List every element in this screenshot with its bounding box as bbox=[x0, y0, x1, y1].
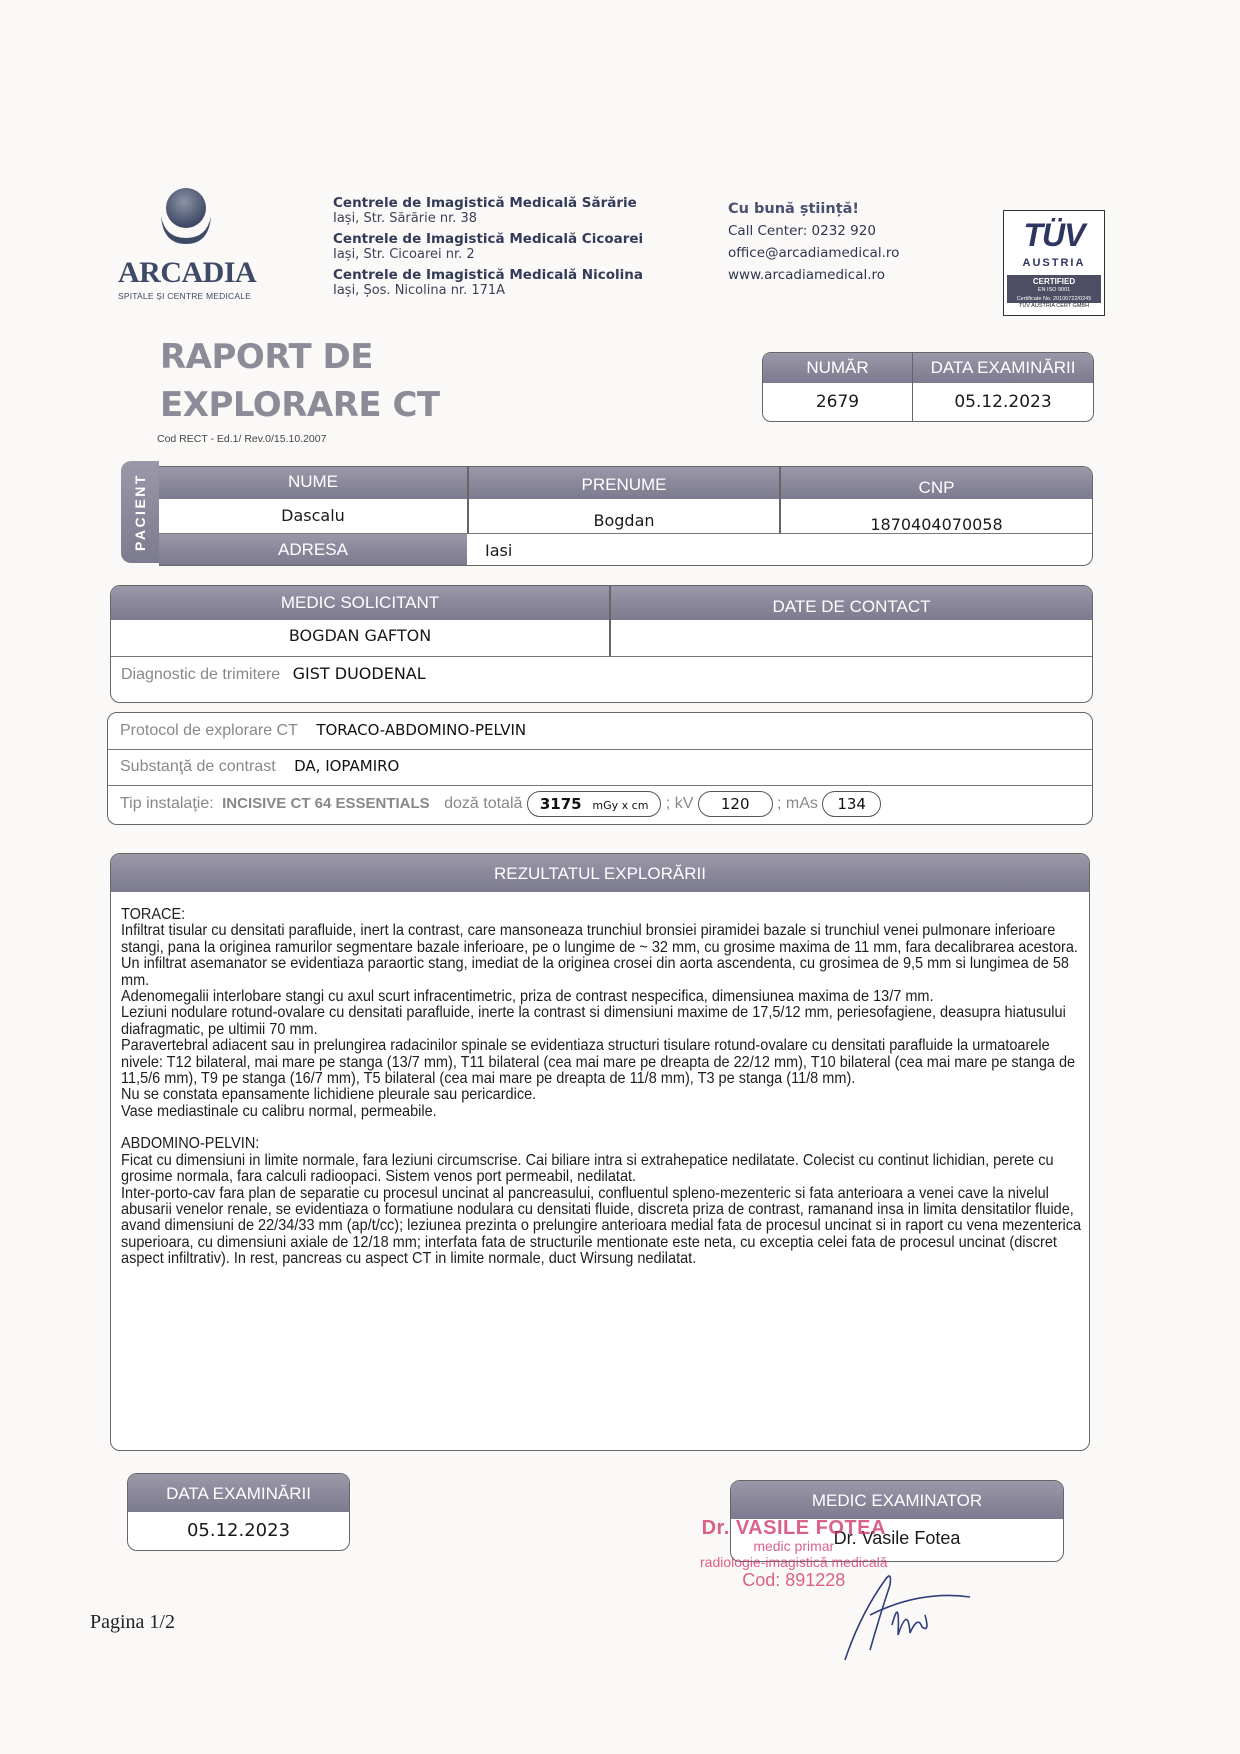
diagnosis-value: GIST DUODENAL bbox=[293, 664, 426, 683]
protocol-label: Protocol de explorare CT bbox=[120, 722, 298, 739]
stamp-title: medic primar bbox=[700, 1538, 888, 1554]
finding-paragraph: Infiltrat tisular cu densitati parafluid… bbox=[121, 923, 1084, 956]
diagnosis-label: Diagnostic de trimitere bbox=[121, 666, 280, 683]
patient-section-label: PACIENT bbox=[121, 461, 159, 563]
exam-date: 05.12.2023 bbox=[913, 383, 1093, 421]
tuv-brand: TÜV bbox=[1004, 217, 1104, 254]
contact-title: Cu bună știință! bbox=[728, 198, 899, 220]
protocol-box: Protocol de explorare CT TORACO-ABDOMINO… bbox=[107, 712, 1093, 825]
page-number: Pagina 1/2 bbox=[90, 1611, 175, 1634]
referring-doctor-label: MEDIC SOLICITANT bbox=[111, 593, 609, 613]
center-name: Centrele de Imagistică Medicală Nicolina bbox=[333, 267, 643, 283]
mas-label: ; mAs bbox=[777, 795, 818, 812]
diagnosis-row: Diagnostic de trimitere GIST DUODENAL bbox=[121, 664, 426, 684]
protocol-value: TORACO-ABDOMINO-PELVIN bbox=[316, 721, 526, 739]
result-title: REZULTATUL EXPLORĂRII bbox=[111, 854, 1089, 892]
finding-paragraph: Paravertebral adiacent sau in prelungire… bbox=[121, 1038, 1084, 1087]
email-link[interactable]: office@arcadiamedical.ro bbox=[728, 242, 899, 264]
finding-paragraph: Inter-porto-cav fara plan de separatie c… bbox=[121, 1186, 1084, 1268]
dose-field: 3175 mGy x cm bbox=[527, 791, 662, 817]
website-link[interactable]: www.arcadiamedical.ro bbox=[728, 264, 899, 286]
referring-doctor: BOGDAN GAFTON bbox=[111, 626, 609, 645]
tuv-issuer: TÜV AUSTRIA CERT GMBH bbox=[1004, 303, 1104, 309]
device-value: INCISIVE CT 64 ESSENTIALS bbox=[222, 795, 430, 812]
finding-paragraph: Vase mediastinale cu calibru normal, per… bbox=[121, 1104, 1084, 1120]
patient-address: Iasi bbox=[485, 541, 512, 560]
center-name: Centrele de Imagistică Medicală Cicoarei bbox=[333, 231, 643, 247]
mas-value: 134 bbox=[822, 791, 881, 817]
last-name-label: NUME bbox=[159, 472, 467, 492]
first-name-label: PRENUME bbox=[469, 475, 779, 495]
report-number-date-box: NUMĂR 2679 DATA EXAMINĂRII 05.12.2023 bbox=[762, 352, 1094, 422]
contrast-value: DA, IOPAMIRO bbox=[294, 757, 399, 775]
number-label: NUMĂR bbox=[763, 353, 912, 383]
center-name: Centrele de Imagistică Medicală Sărărie bbox=[333, 195, 643, 211]
center-address: Iași, Șos. Nicolina nr. 171A bbox=[333, 283, 643, 299]
stamp-name: Dr. VASILE FOTEA bbox=[700, 1517, 888, 1540]
kv-label: ; kV bbox=[666, 795, 694, 812]
signature-icon bbox=[830, 1555, 990, 1665]
footer-date: 05.12.2023 bbox=[128, 1512, 349, 1550]
logo-tagline: SPITALE ȘI CENTRE MEDICALE bbox=[118, 291, 251, 301]
address-label: ADRESA bbox=[159, 540, 467, 560]
tuv-country: AUSTRIA bbox=[1004, 257, 1104, 269]
finding-paragraph: Nu se constata epansamente lichidiene pl… bbox=[121, 1087, 1084, 1103]
result-text: TORACE: Infiltrat tisular cu densitati p… bbox=[121, 907, 1084, 1268]
abdomen-findings: Ficat cu dimensiuni in limite normale, f… bbox=[121, 1153, 1084, 1268]
exam-date-label: DATA EXAMINĂRII bbox=[913, 353, 1093, 383]
dose-label: doză totală bbox=[444, 795, 522, 812]
contact-data-label: DATE DE CONTACT bbox=[611, 597, 1092, 617]
centers-list: Centrele de Imagistică Medicală Sărărie … bbox=[333, 195, 643, 303]
tuv-certification-badge: TÜV AUSTRIA CERTIFIED EN ISO 9001 Certif… bbox=[1003, 210, 1105, 316]
logo-name: ARCADIA bbox=[118, 256, 256, 290]
patient-last-name: Dascalu bbox=[159, 506, 467, 525]
tuv-certified-band: CERTIFIED EN ISO 9001 Certificate No. 20… bbox=[1007, 275, 1101, 303]
finding-paragraph: Adenomegalii interlobare stangi cu axul … bbox=[121, 989, 1084, 1005]
abdomen-heading: ABDOMINO-PELVIN: bbox=[121, 1136, 1084, 1152]
center-address: Iași, Str. Sărărie nr. 38 bbox=[333, 211, 643, 227]
cnp-label: CNP bbox=[781, 478, 1092, 498]
call-center: Call Center: 0232 920 bbox=[728, 220, 899, 242]
kv-value: 120 bbox=[698, 791, 773, 817]
footer-date-label: DATA EXAMINĂRII bbox=[128, 1474, 349, 1512]
contact-block: Cu bună știință! Call Center: 0232 920 o… bbox=[728, 198, 899, 286]
patient-first-name: Bogdan bbox=[469, 511, 779, 530]
finding-paragraph: Leziuni nodulare rotund-ovalare cu densi… bbox=[121, 1005, 1084, 1038]
contrast-row: Substanţă de contrast DA, IOPAMIRO bbox=[120, 757, 399, 776]
patient-label-text: PACIENT bbox=[132, 473, 148, 551]
contrast-label: Substanţă de contrast bbox=[120, 758, 276, 775]
referral-box: MEDIC SOLICITANT DATE DE CONTACT BOGDAN … bbox=[110, 585, 1093, 703]
title-line-2: EXPLORARE CT bbox=[160, 381, 440, 429]
device-row: Tip instalaţie: INCISIVE CT 64 ESSENTIAL… bbox=[120, 791, 881, 817]
arcadia-logo-icon bbox=[155, 186, 217, 248]
examiner-label: MEDIC EXAMINATOR bbox=[731, 1481, 1063, 1519]
finding-paragraph: Un infiltrat asemanator se evidentiaza p… bbox=[121, 956, 1084, 989]
dose-unit: mGy x cm bbox=[592, 799, 648, 812]
dose-value: 3175 bbox=[540, 795, 582, 813]
tuv-status: CERTIFIED bbox=[1007, 277, 1101, 286]
report-title: RAPORT DE EXPLORARE CT bbox=[160, 333, 440, 429]
document-code: Cod RECT - Ed.1/ Rev.0/15.10.2007 bbox=[157, 433, 326, 445]
report-number: 2679 bbox=[763, 383, 912, 421]
tuv-standard: EN ISO 9001 bbox=[1007, 286, 1101, 295]
torace-findings: Infiltrat tisular cu densitati parafluid… bbox=[121, 923, 1084, 1120]
footer-date-box: DATA EXAMINĂRII 05.12.2023 bbox=[127, 1473, 350, 1551]
torace-heading: TORACE: bbox=[121, 907, 1084, 923]
protocol-row: Protocol de explorare CT TORACO-ABDOMINO… bbox=[120, 721, 526, 740]
result-box: REZULTATUL EXPLORĂRII TORACE: Infiltrat … bbox=[110, 853, 1090, 1451]
patient-cnp: 1870404070058 bbox=[781, 515, 1092, 534]
title-line-1: RAPORT DE bbox=[160, 333, 440, 381]
finding-paragraph: Ficat cu dimensiuni in limite normale, f… bbox=[121, 1153, 1084, 1186]
device-label: Tip instalaţie: bbox=[120, 795, 214, 812]
center-address: Iași, Str. Cicoarei nr. 2 bbox=[333, 247, 643, 263]
patient-table: NUME PRENUME CNP Dascalu Bogdan 18704040… bbox=[159, 466, 1093, 566]
